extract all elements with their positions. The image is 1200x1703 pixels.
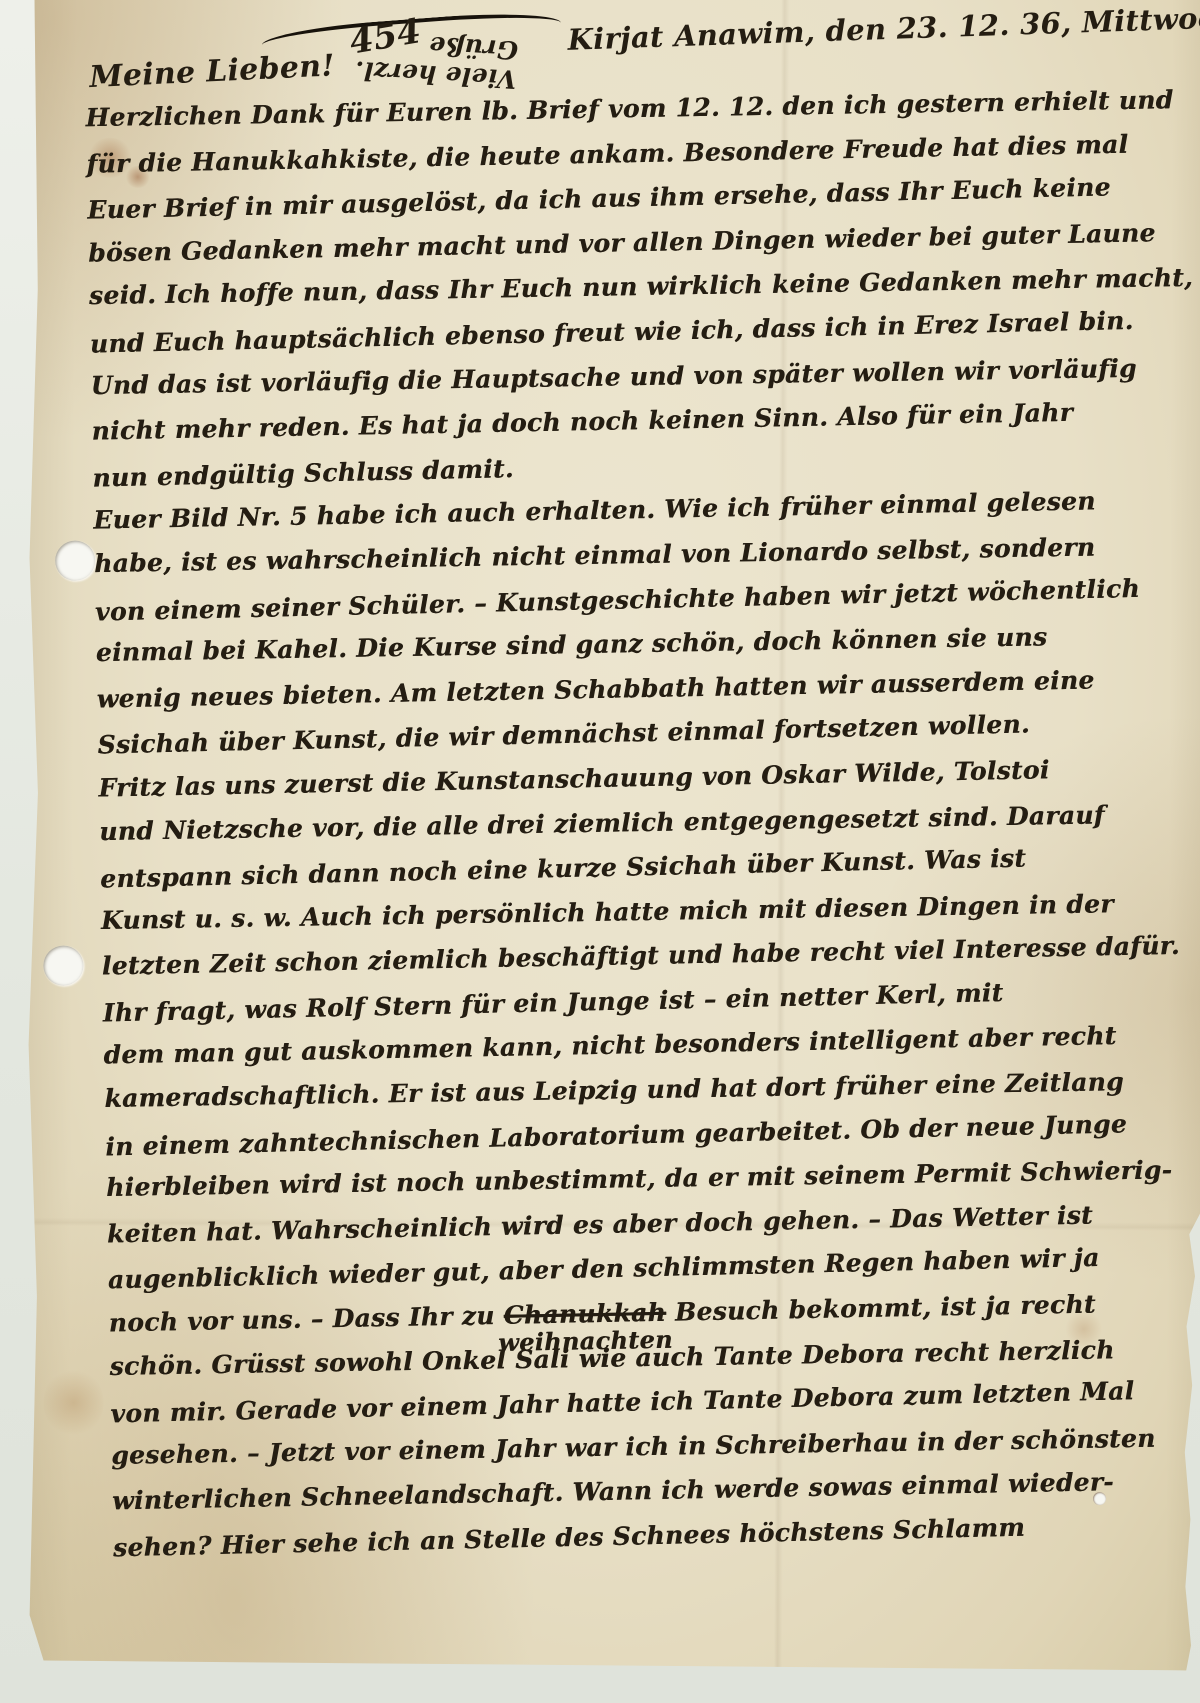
dateline: Kirjat Anawim, den 23. 12. 36, Mittwoch. [567,0,1200,57]
correction-post-text: Besuch bekommt, ist ja recht [666,1290,1096,1327]
punch-hole [43,946,83,986]
correction-pre-text: noch vor uns. – Dass Ihr zu [108,1301,504,1338]
letter-paper: 454 Viele herzl. Grüße Kirjat Anawim, de… [22,0,1200,1671]
salutation: Meine Lieben! [89,48,336,95]
struck-word: Chanukkahweihnachten [503,1291,666,1339]
punch-hole [55,541,95,581]
letter-body: Herzlichen Dank für Euren lb. Brief vom … [85,76,1200,1569]
paper-stain [43,1368,103,1438]
